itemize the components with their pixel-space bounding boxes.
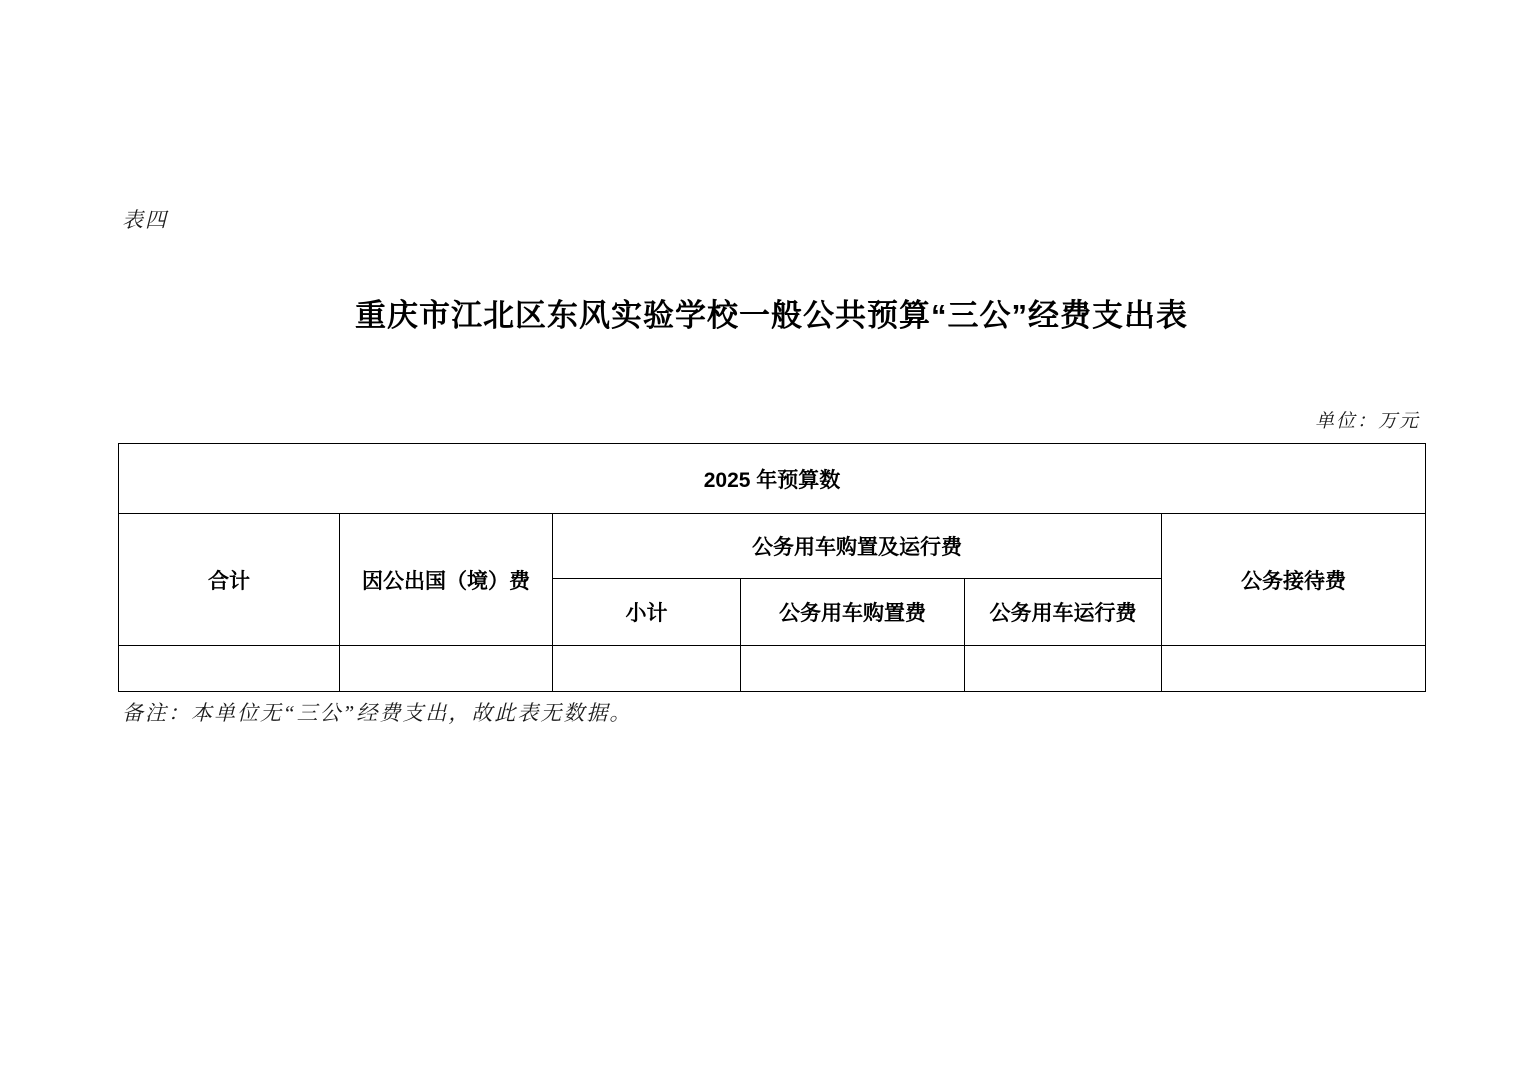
document-page: 表四 重庆市江北区东风实验学校一般公共预算“三公”经费支出表 单位：万元 202…	[0, 0, 1520, 1074]
col-header-reception: 公务接待费	[1162, 514, 1426, 646]
table-row-year: 2025 年预算数	[119, 444, 1426, 514]
col-header-vehicle-subtotal: 小计	[553, 579, 741, 646]
data-cell-abroad	[340, 646, 553, 692]
col-header-vehicle-operation: 公务用车运行费	[965, 579, 1162, 646]
table-number-label: 表四	[122, 204, 168, 234]
year-header-cell: 2025 年预算数	[119, 444, 1426, 514]
data-cell-vehicle-subtotal	[553, 646, 741, 692]
page-title: 重庆市江北区东风实验学校一般公共预算“三公”经费支出表	[118, 290, 1425, 335]
table-row-group-header: 合计 因公出国（境）费 公务用车购置及运行费 公务接待费	[119, 514, 1426, 579]
col-header-abroad: 因公出国（境）费	[340, 514, 553, 646]
data-cell-reception	[1162, 646, 1426, 692]
data-cell-vehicle-operation	[965, 646, 1162, 692]
footnote: 备注：本单位无“三公”经费支出，故此表无数据。	[122, 697, 632, 727]
data-cell-vehicle-purchase	[741, 646, 965, 692]
data-cell-total	[119, 646, 340, 692]
col-header-vehicle-group: 公务用车购置及运行费	[553, 514, 1162, 579]
budget-table: 2025 年预算数 合计 因公出国（境）费 公务用车购置及运行费 公务接待费 小…	[118, 443, 1426, 692]
col-header-vehicle-purchase: 公务用车购置费	[741, 579, 965, 646]
table-row-data	[119, 646, 1426, 692]
unit-note: 单位：万元	[118, 406, 1420, 433]
col-header-total: 合计	[119, 514, 340, 646]
